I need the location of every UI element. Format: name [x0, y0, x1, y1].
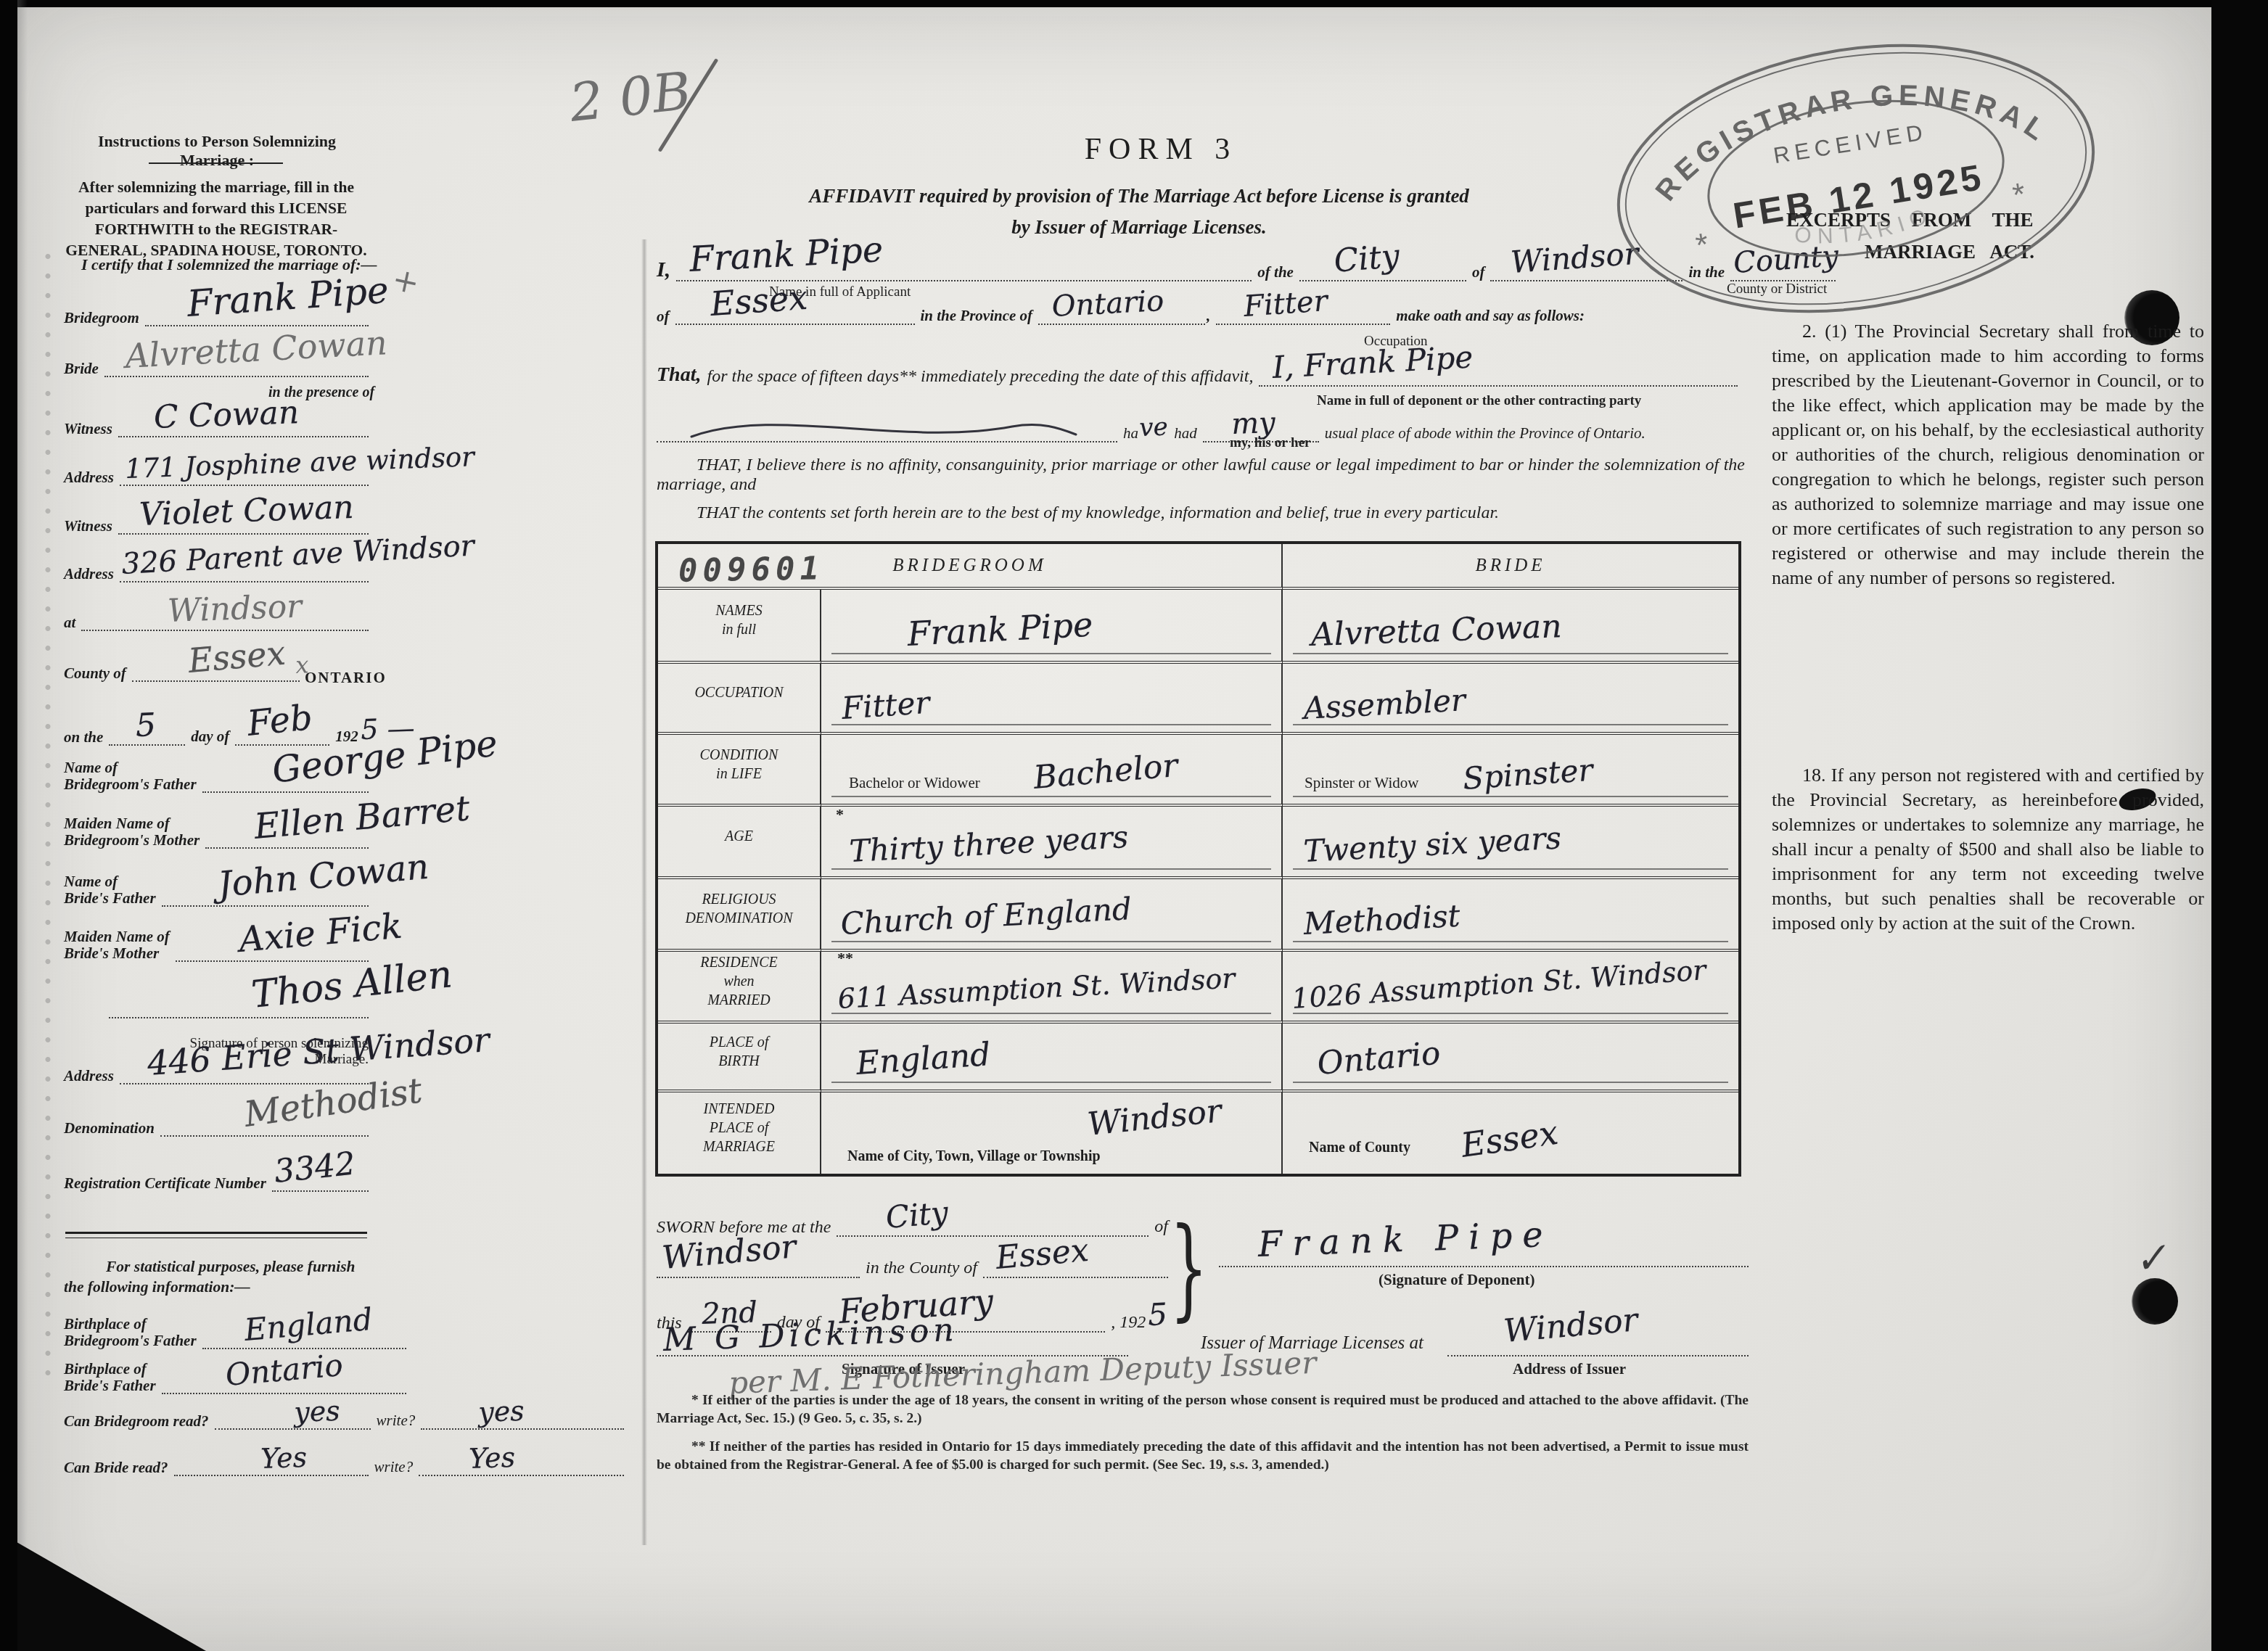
oath-line: of Essex in the Province of Ontario , Fi… [657, 307, 1741, 325]
can-br-read-line: Yes [174, 1473, 369, 1476]
that1-text: for the space of fifteen days** immediat… [707, 367, 1253, 387]
row-names-bridegroom-cell: Frank Pipe [821, 590, 1283, 664]
can-bg-write-value: yes [478, 1395, 525, 1428]
abode-blank-line [657, 440, 1117, 442]
punch-hole-bottom [2132, 1278, 2178, 1325]
cell-rule [831, 796, 1271, 797]
intended-county-sublabel: Name of County [1309, 1140, 1410, 1156]
stat-bg-father-line: England [202, 1346, 406, 1349]
bride-label: Bride [64, 361, 99, 377]
bride-column-header: BRIDE [1475, 556, 1545, 576]
cell-rule [1293, 941, 1728, 942]
age-bride-value: Twenty six years [1302, 820, 1562, 869]
ha-label: ha [1123, 424, 1138, 442]
sworn-county-line: Essex [983, 1275, 1168, 1278]
field-witness1: Witness C Cowan [64, 421, 369, 437]
cell-rule [831, 941, 1271, 942]
row-religion-bride-cell: Methodist [1283, 879, 1738, 952]
cell-rule [1293, 868, 1728, 870]
section-divider [65, 1232, 367, 1238]
denomination-label: Denomination [64, 1120, 155, 1137]
row-intended-label-cell: INTENDED PLACE of MARRIAGE [658, 1092, 821, 1174]
county2-line: Essex [675, 322, 915, 325]
can-bg-label: Can Bridegroom read? [64, 1413, 209, 1430]
field-can-bride: Can Bride read? Yes write? Yes [64, 1458, 624, 1476]
of-label: of [1472, 263, 1485, 281]
condition-bride-sublabel: Spinster or Widow [1304, 774, 1418, 792]
can-bg-read-line: yes [215, 1427, 371, 1430]
paper-fold-crease [641, 239, 647, 1545]
row-occupation-label-cell: OCCUPATION [658, 664, 821, 735]
instructions-title: Instructions to Person Solemnizing Marri… [65, 132, 369, 170]
row-condition-label-cell: CONDITION in LIFE [658, 735, 821, 807]
ve-hw: ve [1139, 413, 1169, 442]
condition-bridegroom-value: Bachelor [1032, 747, 1180, 796]
field-bride: Bride Alvretta Cowan [64, 361, 369, 377]
scanned-marriage-affidavit: { "annotations": { "top_pencil": "2 0B",… [0, 0, 2268, 1651]
sworn-city2-line: Windsor [657, 1275, 860, 1278]
row-residence-label-cell: RESIDENCE when MARRIED [658, 952, 821, 1024]
of-the-label: of the [1257, 263, 1294, 281]
row-residence-bride-cell: 1026 Assumption St. Windsor [1283, 952, 1738, 1024]
scan-black-edge [2211, 0, 2268, 1651]
names-bridegroom-value: Frank Pipe [906, 605, 1093, 654]
row-age-label-cell: AGE [658, 807, 821, 879]
day-of-label: day of [191, 728, 229, 746]
intended-place-sublabel: Name of City, Town, Village or Township [847, 1148, 1101, 1165]
cell-rule [831, 724, 1271, 725]
sworn-year-printed: , 192 [1111, 1313, 1146, 1333]
deponent-line: I, Frank Pipe [1259, 384, 1738, 387]
table-header-bridegroom: 009601 BRIDEGROOM [658, 544, 1283, 590]
issuer-address-sublabel: Address of Issuer [1513, 1360, 1626, 1378]
names-bride-value: Alvretta Cowan [1310, 608, 1562, 654]
cell-rule [831, 868, 1271, 870]
row-condition-bridegroom-cell: Bachelor or Widower Bachelor * [821, 735, 1283, 807]
father-bg-line: George Pipe [202, 790, 369, 793]
stat-br-father-label: Birthplace of Bride's Father [64, 1361, 156, 1394]
witness2-value: Violet Cowan [139, 489, 354, 533]
row-occupation-bride-cell: Assembler [1283, 664, 1738, 735]
issuer-address-line [1447, 1355, 1749, 1356]
that-line: That, for the space of fifteen days** im… [657, 364, 1738, 387]
cell-rule [1293, 1013, 1728, 1014]
of2-label: of [657, 308, 670, 325]
cell-rule [831, 1013, 1271, 1014]
at-line: Windsor [81, 628, 369, 631]
regno-label: Registration Certificate Number [64, 1175, 266, 1192]
address2-label: Address [64, 566, 114, 582]
intended-place-value: Windsor [1086, 1092, 1223, 1143]
intended-county-value: Essex [1458, 1113, 1560, 1165]
field-address3: Address 446 Erie St Windsor [64, 1068, 369, 1084]
instructions-body: After solemnizing the marriage, fill in … [64, 177, 369, 261]
i-label: I, [657, 258, 670, 281]
row-religion-bridegroom-cell: Church of England ** [821, 879, 1283, 952]
bride-line: Alvretta Cowan [104, 374, 369, 377]
county-line: Essex [132, 679, 300, 682]
row-birth-label: PLACE of BIRTH [658, 1024, 820, 1090]
field-stat-br-father: Birthplace of Bride's Father Ontario [64, 1361, 406, 1394]
cell-rule [1293, 653, 1728, 654]
field-county: County of Essex [64, 665, 300, 682]
can-br-write-value: Yes [469, 1441, 516, 1475]
sworn-city-hw: City [884, 1195, 950, 1235]
cell-rule [1293, 1082, 1728, 1083]
religion-bridegroom-value: Church of England [839, 891, 1132, 942]
field-address1: Address 171 Josphine ave windsor [64, 469, 369, 486]
row-names-bride-cell: Alvretta Cowan [1283, 590, 1738, 664]
can-bg-read-value: yes [293, 1395, 340, 1428]
field-solemnizer-signature: Thos Allen [109, 1016, 369, 1018]
field-can-bridegroom: Can Bridegroom read? yes write? yes [64, 1412, 624, 1430]
affidavit-title-line1: AFFIDAVIT required by provision of The M… [689, 185, 1589, 207]
row-birth-bridegroom-cell: England [821, 1024, 1283, 1092]
can-br-read-value: Yes [260, 1441, 307, 1475]
form-number: FORM 3 [798, 132, 1524, 167]
row-age-bride-cell: Twenty six years [1283, 807, 1738, 879]
witness1-label: Witness [64, 421, 112, 437]
at-label: at [64, 614, 75, 631]
perforated-edge [41, 247, 55, 1378]
can-bg-write-line: yes [421, 1427, 624, 1430]
field-stat-bg-father: Birthplace of Bridegroom's Father Englan… [64, 1316, 406, 1349]
row-condition-bride-cell: Spinster or Widow Spinster [1283, 735, 1738, 807]
address1-label: Address [64, 469, 114, 486]
field-father-br: Name of Bride's Father John Cowan [64, 873, 369, 907]
sworn-county-label: in the County of [866, 1259, 977, 1278]
deponent-sublabel: Name in full of deponent or the other co… [1317, 393, 1641, 409]
field-witness2: Witness Violet Cowan [64, 518, 369, 535]
row-occupation-bridegroom-cell: Fitter [821, 664, 1283, 735]
stat-bg-father-label: Birthplace of Bridegroom's Father [64, 1316, 197, 1349]
at-value: Windsor [168, 588, 303, 630]
row-birth-label-cell: PLACE of BIRTH [658, 1024, 821, 1092]
deponent-signature-line [1219, 1266, 1749, 1267]
bottom-checkmark: ✓ [2131, 1233, 2170, 1283]
day-line: 5 [109, 743, 185, 746]
province-label: in the Province of [921, 307, 1033, 325]
stamp-star-left: * [1693, 226, 1712, 263]
row-residence-label: RESIDENCE when MARRIED [658, 952, 820, 1021]
month-value: Feb [245, 697, 314, 744]
write2-label: write? [374, 1458, 414, 1476]
abode-text: usual place of abode within the Province… [1325, 424, 1645, 442]
religion-bride-value: Methodist [1302, 898, 1460, 942]
age-bridegroom-value: Thirty three years [848, 819, 1129, 869]
field-date: on the 5 day of Feb 192 5 — [64, 714, 369, 746]
certify-line: I certify that I solemnized the marriage… [81, 255, 377, 274]
bridegroom-column-header: BRIDEGROOM [892, 556, 1046, 576]
regno-line: 3342 [272, 1189, 369, 1192]
sworn-county-hw: Essex [995, 1232, 1090, 1277]
field-regno: Registration Certificate Number 3342 [64, 1175, 369, 1192]
witness2-line: Violet Cowan [118, 532, 369, 535]
marriage-details-table: 009601 BRIDEGROOM BRIDE NAMES in full Fr… [655, 541, 1741, 1177]
my-sublabel: my, his or her [1230, 435, 1311, 451]
county-label: County of [64, 665, 126, 682]
cell-rule [831, 653, 1271, 654]
residence-bridegroom-value: 611 Assumption St. Windsor [837, 962, 1236, 1015]
sworn-city-line: City [837, 1234, 1149, 1237]
residence-bride-value: 1026 Assumption St. Windsor [1291, 954, 1707, 1015]
serial-number-stamp: 009601 [678, 550, 825, 589]
regno-value: 3342 [273, 1145, 358, 1190]
sworn-brace: } [1170, 1213, 1208, 1323]
row-condition-label: CONDITION in LIFE [658, 735, 820, 804]
table-header-bride: BRIDE [1283, 544, 1738, 590]
mother-br-line: Axie Fick [176, 959, 369, 962]
province-printed: ONTARIO [305, 669, 387, 687]
field-mother-br: Maiden Name of Bride's Mother Axie Fick [64, 929, 369, 962]
handwriting-flourish [678, 412, 1085, 445]
cell-rule [1293, 796, 1728, 797]
excerpt-section-2: 2. (1) The Provincial Secretary shall fr… [1772, 319, 2204, 590]
sworn-of: of [1154, 1217, 1168, 1237]
can-br-write-line: Yes [419, 1473, 624, 1476]
that3-paragraph: THAT the contents set forth herein are t… [657, 503, 1745, 523]
stat-br-father-line: Ontario [162, 1391, 406, 1394]
mother-bg-label: Maiden Name of Bridegroom's Mother [64, 815, 200, 849]
city-hw: City [1332, 237, 1400, 280]
occupation-hw: Fitter [1243, 284, 1328, 324]
row-religion-label: RELIGIOUS DENOMINATION [658, 879, 820, 949]
condition-bridegroom-sublabel: Bachelor or Widower [849, 774, 980, 792]
had-label: had [1174, 424, 1197, 442]
sworn-year-hw: 5 [1148, 1296, 1168, 1333]
stamp-star-right: * [2010, 176, 2029, 213]
field-mother-bg: Maiden Name of Bridegroom's Mother Ellen… [64, 815, 369, 849]
row-age-label: AGE [658, 807, 820, 876]
field-bridegroom: Bridegroom Frank Pipe [64, 310, 369, 326]
footnote-1: * If either of the parties is under the … [657, 1391, 1749, 1428]
row-intended-bridegroom-cell: Windsor Name of City, Town, Village or T… [821, 1092, 1283, 1174]
deponent-signature-sublabel: (Signature of Deponent) [1379, 1271, 1534, 1289]
stats-intro: For statistical purposes, please furnish… [64, 1256, 369, 1297]
witness1-line: C Cowan [118, 435, 369, 437]
occupation-bride-value: Assembler [1302, 682, 1466, 726]
row-intended-label: INTENDED PLACE of MARRIAGE [658, 1092, 820, 1174]
father-bg-label: Name of Bridegroom's Father [64, 759, 197, 793]
field-denomination: Denomination Methodist [64, 1120, 369, 1137]
mother-br-label: Maiden Name of Bride's Mother [64, 929, 170, 962]
field-father-bg: Name of Bridegroom's Father George Pipe [64, 759, 369, 793]
row-residence-bridegroom-cell: 611 Assumption St. Windsor [821, 952, 1283, 1024]
bridegroom-label: Bridegroom [64, 310, 139, 326]
comma: , [1207, 307, 1210, 325]
write1-label: write? [377, 1412, 416, 1430]
birth-bride-value: Ontario [1316, 1034, 1442, 1082]
solemnizer-line: Thos Allen [109, 1016, 369, 1018]
excerpt-section-18: 18. If any person not registered with an… [1772, 763, 2204, 936]
address3-label: Address [64, 1068, 114, 1084]
row-age-bridegroom-cell: Thirty three years [821, 807, 1283, 879]
province2-hw: Ontario [1051, 284, 1165, 324]
birth-bridegroom-value: England [855, 1036, 992, 1082]
field-address2: Address 326 Parent ave Windsor [64, 566, 369, 582]
row-birth-bride-cell: Ontario [1283, 1024, 1738, 1092]
mother-bg-line: Ellen Barret [205, 846, 369, 849]
witness1-value: C Cowan [153, 394, 300, 436]
condition-bride-value: Spinster [1462, 752, 1594, 796]
occupation-bridegroom-value: Fitter [841, 685, 931, 726]
abode-line: ha ve had my usual place of abode within… [657, 413, 1741, 442]
city-line: City [1299, 279, 1466, 281]
day-value: 5 [135, 707, 157, 744]
row-names-label: NAMES in full [658, 590, 820, 661]
occupation-line: Fitter [1216, 322, 1390, 325]
cell-rule [831, 1082, 1271, 1083]
row-names-label-cell: NAMES in full [658, 590, 821, 664]
paper-left-edge-shadow [17, 0, 28, 1651]
county2-hw: Essex [709, 278, 808, 324]
sworn-line2: Windsor in the County of Essex [657, 1259, 1168, 1278]
on-the-label: on the [64, 729, 103, 746]
field-at: at Windsor [64, 614, 369, 631]
denomination-line: Methodist [160, 1134, 369, 1137]
county-value: Essex [186, 633, 287, 680]
row-religion-label-cell: RELIGIOUS DENOMINATION [658, 879, 821, 952]
address2-line: 326 Parent ave Windsor [120, 580, 369, 582]
instructions-rule [149, 162, 283, 164]
footnote-2: ** If neither of the parties has resided… [657, 1438, 1749, 1474]
oath-label: make oath and say as follows: [1396, 307, 1585, 325]
row-occupation-label: OCCUPATION [658, 664, 820, 732]
can-br-label: Can Bride read? [64, 1459, 168, 1476]
witness2-label: Witness [64, 518, 112, 535]
father-br-label: Name of Bride's Father [64, 873, 156, 907]
father-br-line: John Cowan [162, 904, 369, 907]
address1-line: 171 Josphine ave windsor [120, 483, 369, 486]
that-label: That, [657, 364, 701, 387]
cell-rule [1293, 724, 1728, 725]
province2-line: Ontario [1038, 322, 1205, 325]
row-intended-bride-cell: Name of County Essex [1283, 1092, 1738, 1174]
that2-paragraph: THAT, I believe there is no affinity, co… [657, 456, 1745, 495]
